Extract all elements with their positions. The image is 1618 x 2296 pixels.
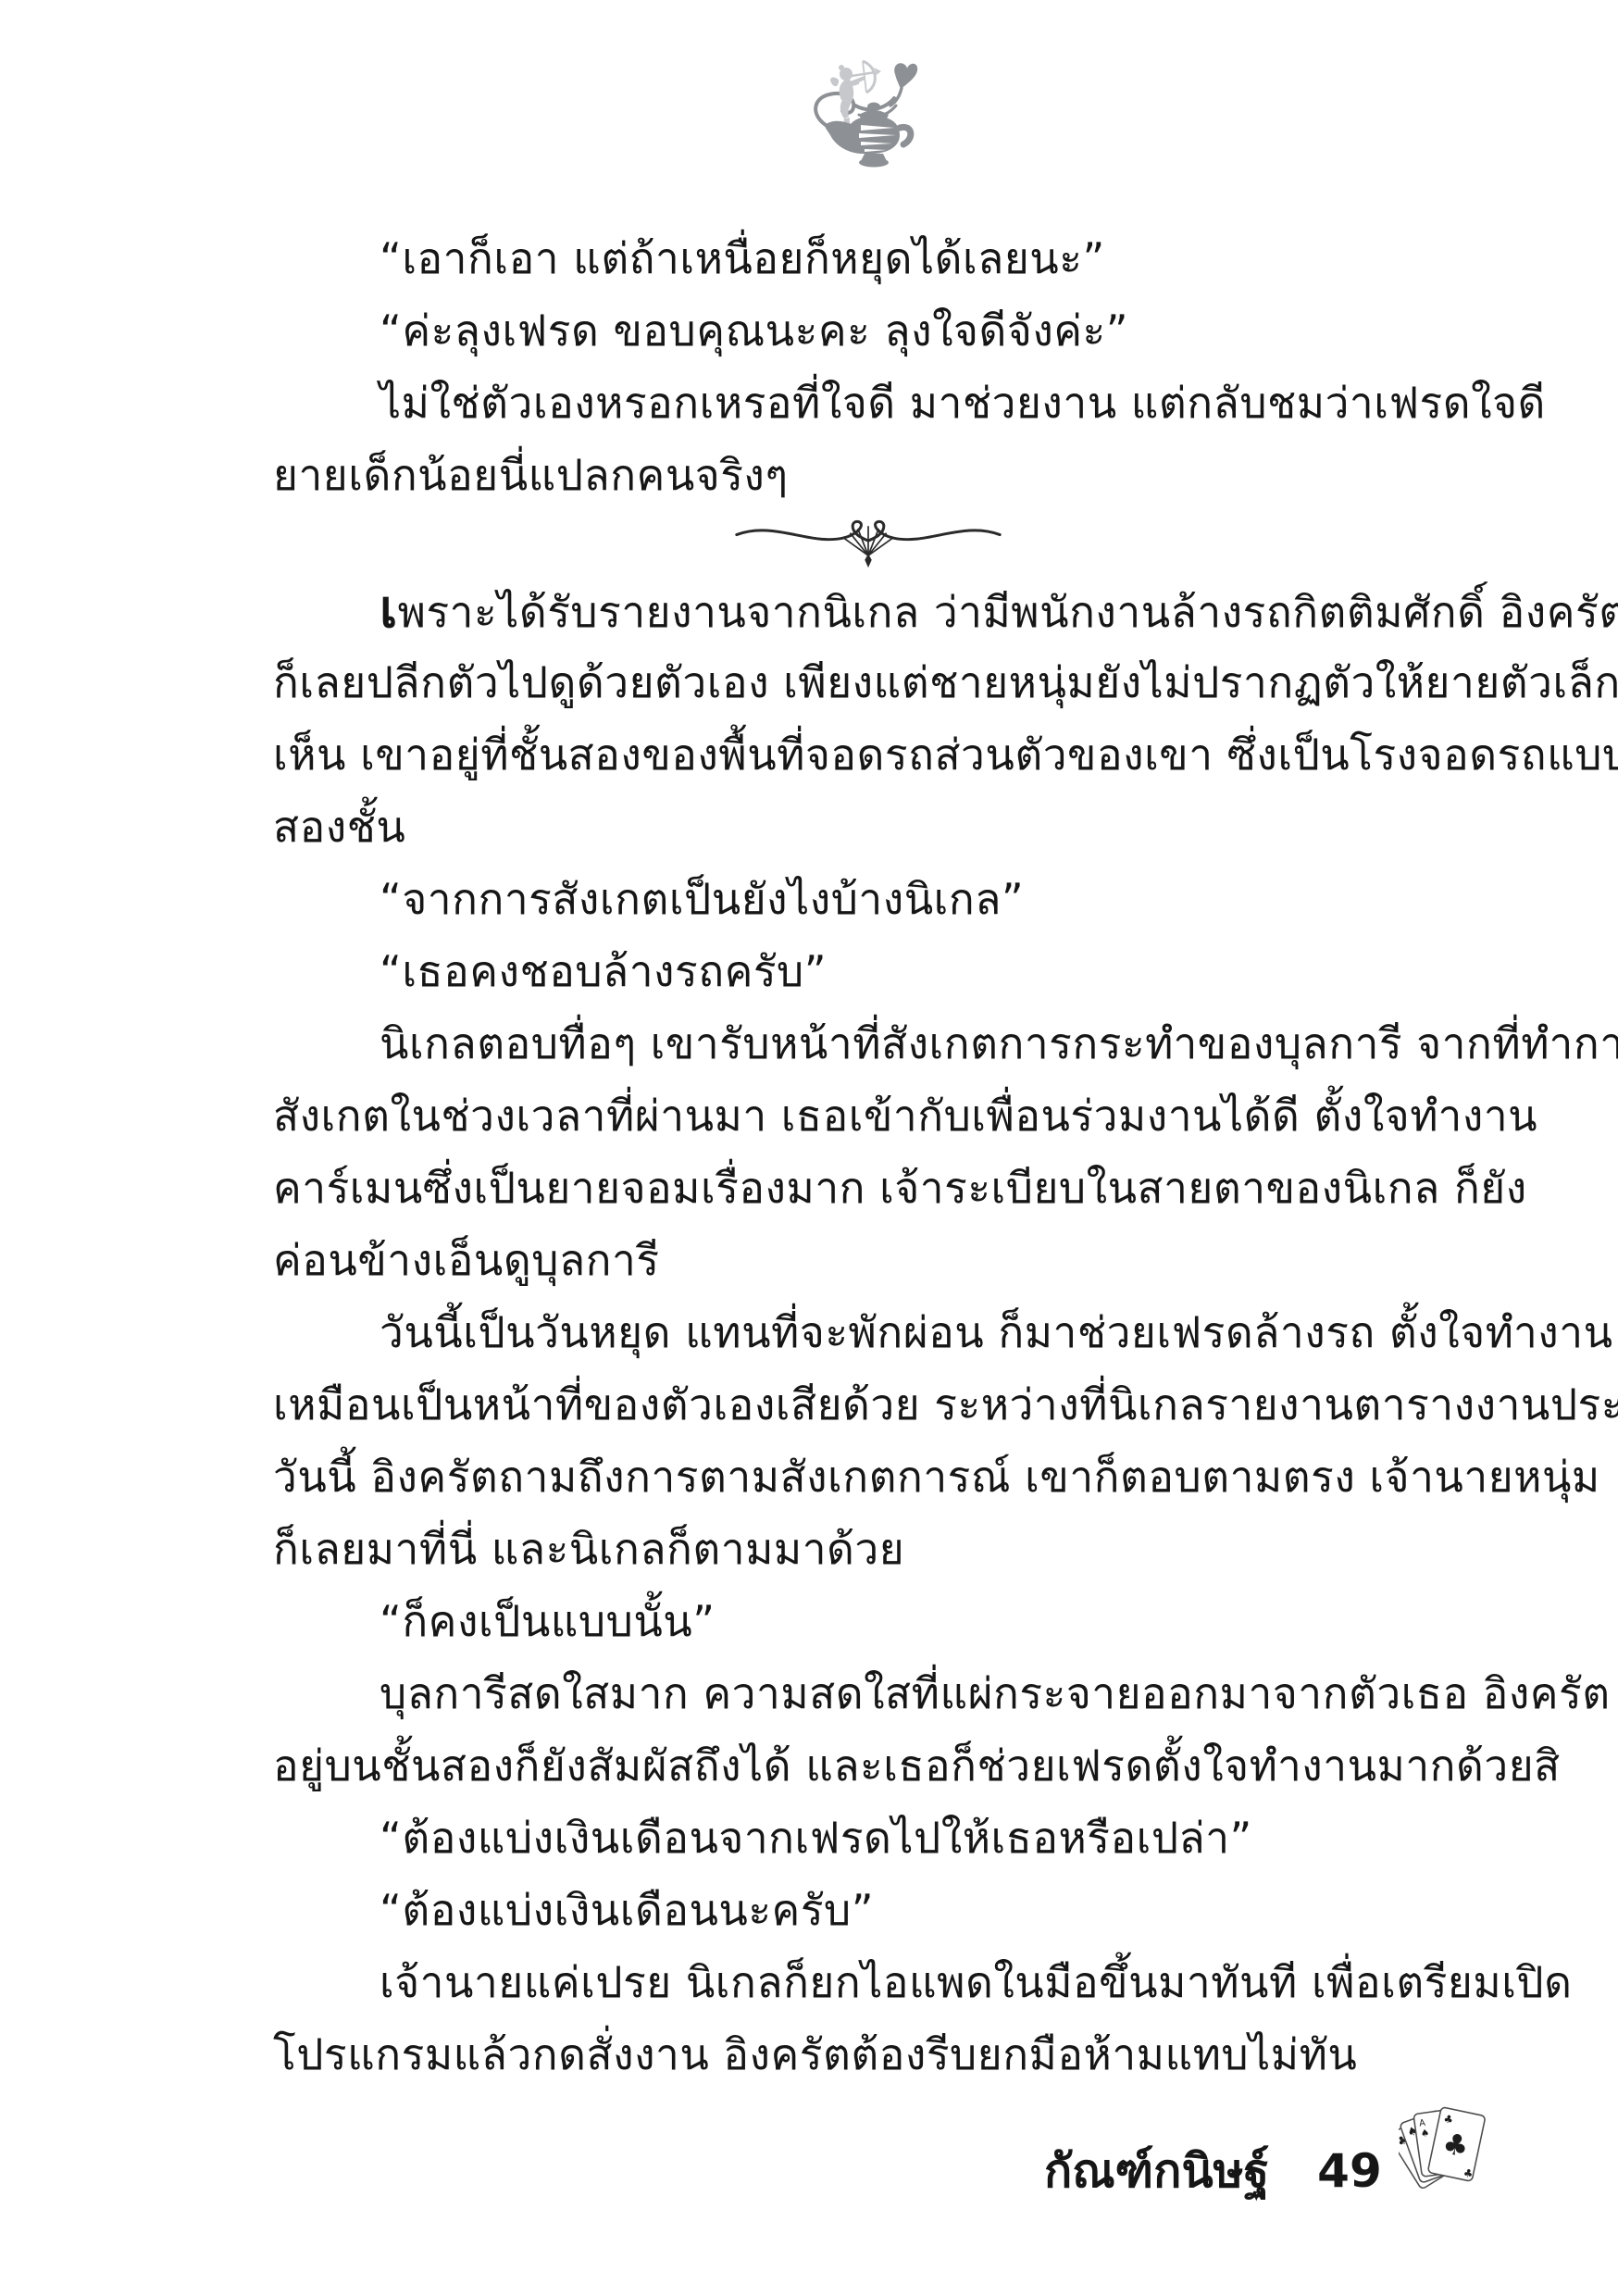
text-line: วันนี้ อิงครัตถามถึงการตามสังเกตการณ์ เข… bbox=[273, 1441, 1462, 1513]
text-line: คาร์เมนซึ่งเป็นยายจอมเรื่องมาก เจ้าระเบี… bbox=[273, 1152, 1462, 1224]
svg-text:♠: ♠ bbox=[1420, 2127, 1430, 2140]
text-line: บุลการีสดใสมาก ความสดใสที่แผ่กระจายออกมา… bbox=[273, 1657, 1462, 1729]
section-divider bbox=[273, 511, 1462, 574]
text-line: “เอาก็เอา แต่ถ้าเหนื่อยก็หยุดได้เลยนะ” bbox=[273, 222, 1462, 294]
text-line-content: ก็เลยปลีกตัวไปดูด้วยตัวเอง เพียงแต่ชายหน… bbox=[273, 657, 1618, 707]
text-line: สังเกตในช่วงเวลาที่ผ่านมา เธอเข้ากับเพื่… bbox=[273, 1079, 1462, 1152]
text-line: เห็น เขาอยู่ที่ชั้นสองของพื้นที่จอดรถส่ว… bbox=[273, 718, 1462, 791]
text-line-content: เจ้านายแค่เปรย นิเกลก็ยกไอแพดในมือขึ้นมา… bbox=[380, 1957, 1572, 2007]
text-line-content: นิเกลตอบทื่อๆ เขารับหน้าที่สังเกตการกระท… bbox=[380, 1018, 1618, 1068]
text-line-content: “ต้องแบ่งเงินเดือนนะครับ” bbox=[380, 1885, 874, 1935]
text-line: ก็เลยปลีกตัวไปดูด้วยตัวเอง เพียงแต่ชายหน… bbox=[273, 646, 1462, 718]
genie-lamp-icon bbox=[807, 54, 918, 169]
text-line: ค่อนข้างเอ็นดูบุลการี bbox=[273, 1224, 1462, 1296]
text-line: “ต้องแบ่งเงินเดือนนะครับ” bbox=[273, 1874, 1462, 1946]
text-line: “เธอคงชอบล้างรถครับ” bbox=[273, 935, 1462, 1007]
text-line-content: เห็น เขาอยู่ที่ชั้นสองของพื้นที่จอดรถส่ว… bbox=[273, 730, 1618, 780]
flourish-icon bbox=[729, 516, 1007, 569]
text-line-content: “จากการสังเกตเป็นยังไงบ้างนิเกล” bbox=[380, 874, 1024, 924]
text-line-content: ยายเด็กน้อยนี่แปลกคนจริงๆ bbox=[273, 450, 789, 500]
text-line-content: คาร์เมนซึ่งเป็นยายจอมเรื่องมาก เจ้าระเบี… bbox=[273, 1163, 1527, 1213]
text-line: สองชั้น bbox=[273, 791, 1462, 863]
text-column: “เอาก็เอา แต่ถ้าเหนื่อยก็หยุดได้เลยนะ” “… bbox=[273, 222, 1462, 2090]
text-line: ยายเด็กน้อยนี่แปลกคนจริงๆ bbox=[273, 439, 1462, 511]
playing-cards-icon: ♣ ♠ A ♠ ♣ ♣ ♣ bbox=[1399, 2102, 1502, 2196]
text-line: ไม่ใช่ตัวเองหรอกเหรอที่ใจดี มาช่วยงาน แต… bbox=[273, 367, 1462, 439]
page-footer: กัณฑ์กนิษฐ์ 49 ♣ ♠ A ♠ ♣ bbox=[1044, 2125, 1502, 2217]
text-line-content: อยู่บนชั้นสองก็ยังสัมผัสถึงได้ และเธอก็ช… bbox=[273, 1741, 1561, 1791]
text-line: “ต้องแบ่งเงินเดือนจากเฟรดไปให้เธอหรือเปล… bbox=[273, 1802, 1462, 1874]
text-line: เหมือนเป็นหน้าที่ของตัวเองเสียด้วย ระหว่… bbox=[273, 1368, 1462, 1441]
book-title: กัณฑ์กนิษฐ์ bbox=[1044, 2135, 1269, 2208]
text-line-content: บุลการีสดใสมาก ความสดใสที่แผ่กระจายออกมา… bbox=[380, 1668, 1611, 1718]
text-line-content: “ค่ะลุงเฟรด ขอบคุณนะคะ ลุงใจดีจังค่ะ” bbox=[380, 306, 1128, 356]
text-line: ก็เลยมาที่นี่ และนิเกลก็ตามมาด้วย bbox=[273, 1513, 1462, 1585]
text-line-content: ไม่ใช่ตัวเองหรอกเหรอที่ใจดี มาช่วยงาน แต… bbox=[380, 378, 1546, 428]
paragraph-lead-letter: เ bbox=[380, 580, 398, 640]
text-line-content: เหมือนเป็นหน้าที่ของตัวเองเสียด้วย ระหว่… bbox=[273, 1379, 1618, 1429]
text-line: นิเกลตอบทื่อๆ เขารับหน้าที่สังเกตการกระท… bbox=[273, 1007, 1462, 1079]
lamp-body bbox=[825, 103, 911, 168]
text-line-content: วันนี้ อิงครัตถามถึงการตามสังเกตการณ์ เข… bbox=[273, 1452, 1600, 1502]
page-number: 49 bbox=[1317, 2144, 1382, 2198]
text-line-content: สองชั้น bbox=[273, 802, 405, 852]
text-line-content: “เอาก็เอา แต่ถ้าเหนื่อยก็หยุดได้เลยนะ” bbox=[380, 233, 1105, 283]
text-line: อยู่บนชั้นสองก็ยังสัมผัสถึงได้ และเธอก็ช… bbox=[273, 1729, 1462, 1802]
text-line: “ค่ะลุงเฟรด ขอบคุณนะคะ ลุงใจดีจังค่ะ” bbox=[273, 294, 1462, 367]
text-line: โปรแกรมแล้วกดสั่งงาน อิงครัตต้องรีบยกมือ… bbox=[273, 2018, 1462, 2090]
text-line: เพราะได้รับรายงานจากนิเกล ว่ามีพนักงานล้… bbox=[273, 574, 1462, 646]
text-line-content: ก็เลยมาที่นี่ และนิเกลก็ตามมาด้วย bbox=[273, 1524, 904, 1574]
text-line-content: วันนี้เป็นวันหยุด แทนที่จะพักผ่อน ก็มาช่… bbox=[380, 1307, 1613, 1357]
text-line: “จากการสังเกตเป็นยังไงบ้างนิเกล” bbox=[273, 863, 1462, 935]
text-line-content: โปรแกรมแล้วกดสั่งงาน อิงครัตต้องรีบยกมือ… bbox=[273, 2029, 1357, 2079]
text-line-content: “ก็คงเป็นแบบนั้น” bbox=[380, 1596, 716, 1646]
text-line-content: “เธอคงชอบล้างรถครับ” bbox=[380, 946, 827, 996]
text-line-content: พราะได้รับรายงานจากนิเกล ว่ามีพนักงานล้า… bbox=[398, 587, 1618, 637]
text-line-content: ค่อนข้างเอ็นดูบุลการี bbox=[273, 1235, 660, 1285]
text-line-content: สังเกตในช่วงเวลาที่ผ่านมา เธอเข้ากับเพื่… bbox=[273, 1091, 1537, 1141]
text-line-content: “ต้องแบ่งเงินเดือนจากเฟรดไปให้เธอหรือเปล… bbox=[380, 1813, 1252, 1863]
text-line: “ก็คงเป็นแบบนั้น” bbox=[273, 1585, 1462, 1657]
text-line: วันนี้เป็นวันหยุด แทนที่จะพักผ่อน ก็มาช่… bbox=[273, 1296, 1462, 1368]
text-line: เจ้านายแค่เปรย นิเกลก็ยกไอแพดในมือขึ้นมา… bbox=[273, 1946, 1462, 2018]
